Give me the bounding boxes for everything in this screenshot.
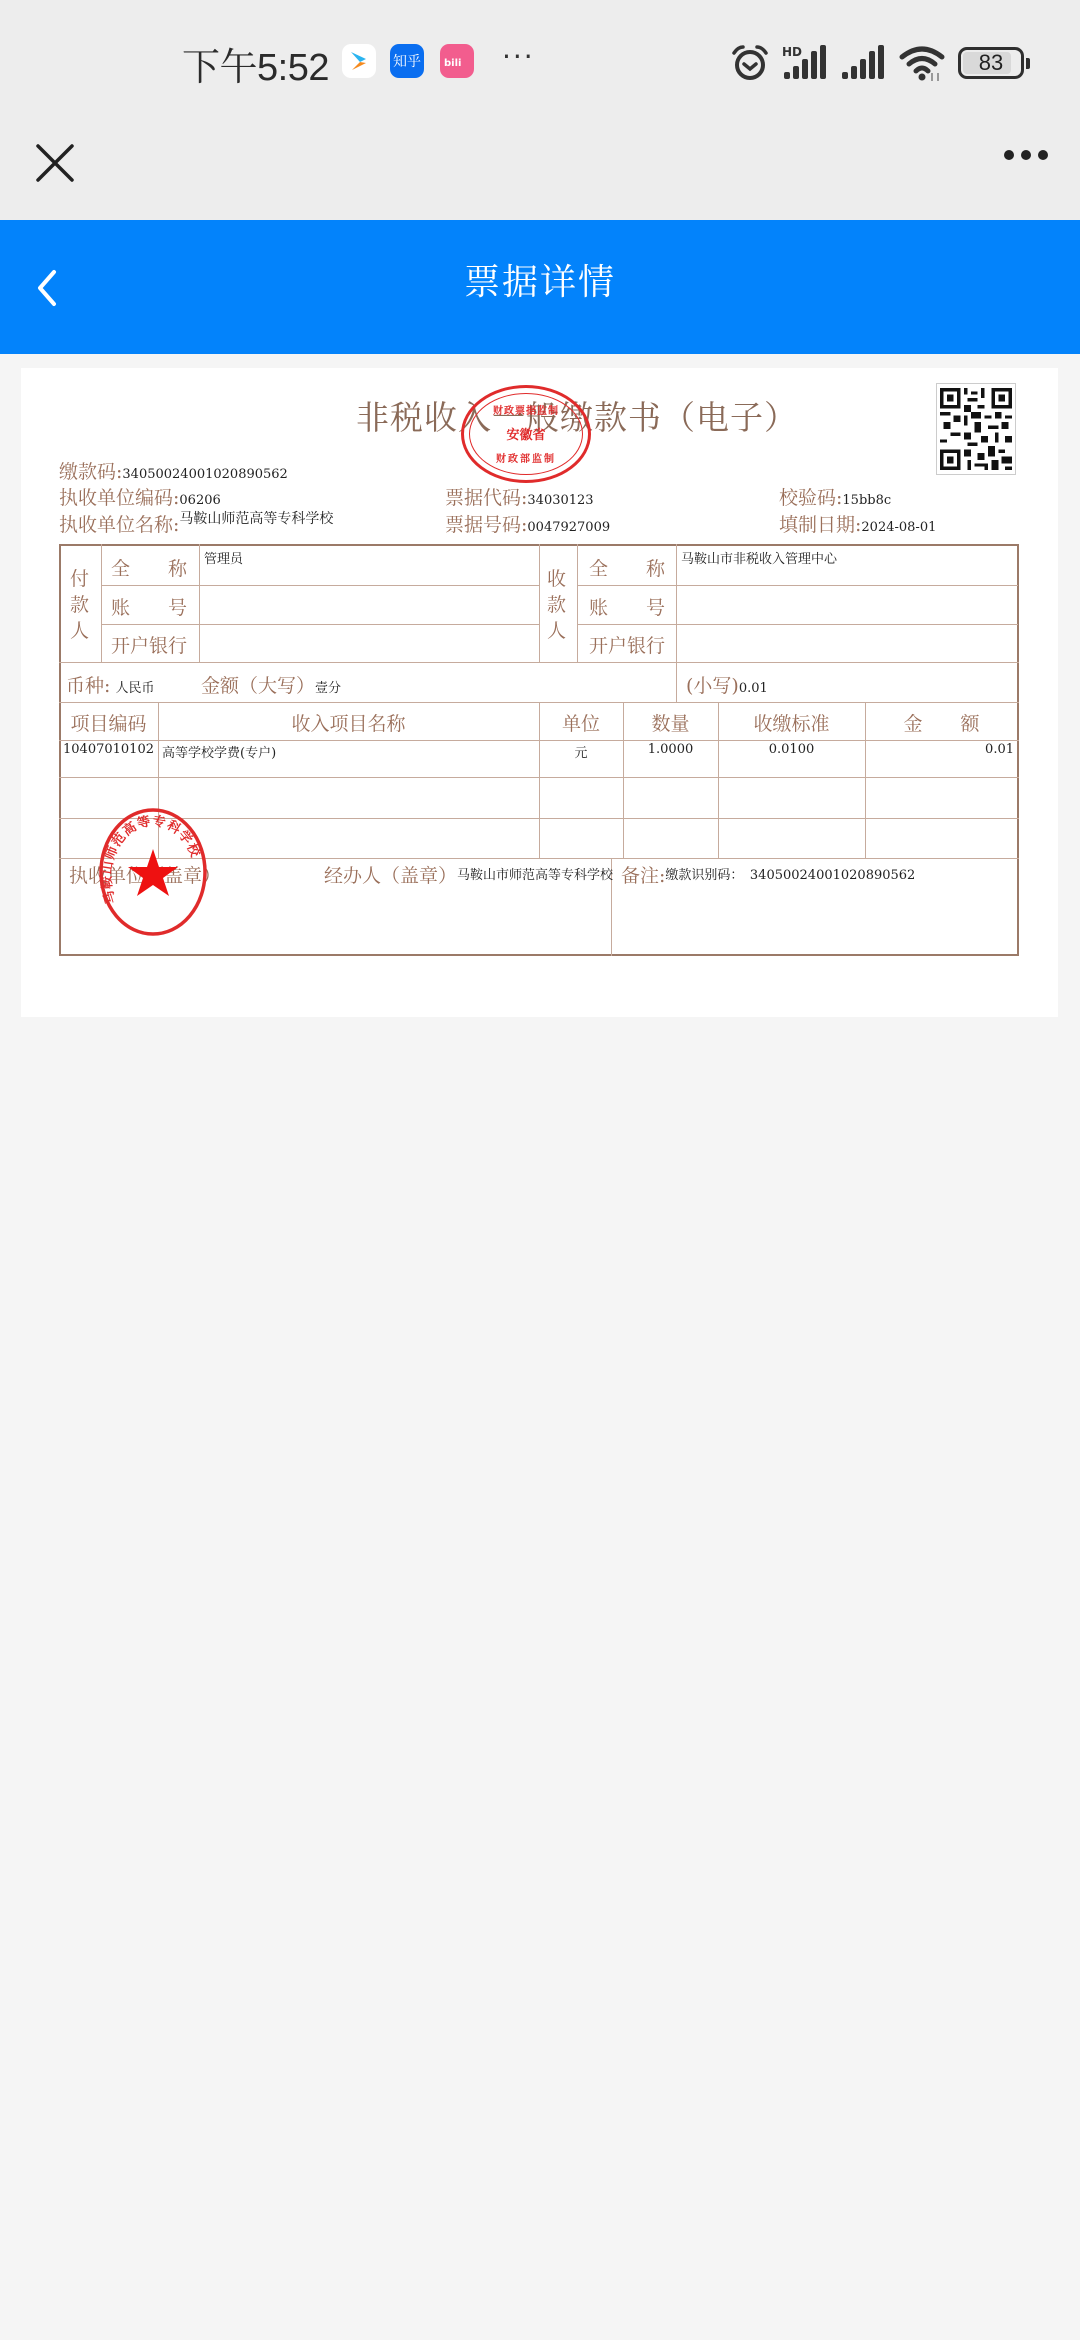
items-cell: 高等学校学费(专户): [162, 742, 276, 761]
items-header-cell: 单位: [539, 709, 623, 736]
amount-upper-field: 金额（大写）壹分: [201, 671, 341, 698]
payee-bank-label: 开户银行: [589, 631, 665, 658]
items-cell: 0.0100: [718, 742, 865, 757]
fill-date-field: 填制日期:2024-08-01: [779, 510, 936, 537]
school-seal: 马鞍山师范高等专科学校: [98, 807, 208, 937]
payee-group-label: 收款人: [547, 566, 569, 644]
qr-code[interactable]: [936, 383, 1016, 475]
wifi-icon: [898, 43, 948, 83]
svg-text:HD: HD: [782, 45, 802, 59]
page-header: 票据详情: [0, 220, 1080, 354]
payer-bank-label: 开户银行: [111, 631, 187, 658]
payee-name-label: 全 称: [589, 554, 665, 581]
items-cell: 元: [539, 742, 623, 761]
check-code-field: 校验码:15bb8c: [779, 483, 891, 510]
signal-hd-icon: HD: [780, 43, 830, 83]
more-options-button[interactable]: [996, 140, 1056, 170]
collector-code-field: 执收单位编码:06206: [59, 483, 221, 510]
payer-account-label: 账 号: [111, 593, 187, 620]
battery-indicator: 83: [958, 47, 1024, 79]
collector-name-field: 执收单位名称:马鞍山师范高等专科学校: [59, 510, 333, 537]
alarm-icon: [730, 43, 770, 83]
battery-level: 83: [979, 50, 1003, 76]
zhihu-app-icon: 知乎: [390, 44, 424, 78]
receipt-card: 非税收入一般缴款书（电子） 财政票据监制 安徽省 财政部监制: [21, 368, 1058, 1017]
items-cell: 0.01: [865, 742, 1014, 757]
bilibili-app-icon: bili: [440, 44, 474, 78]
payee-name-value: 马鞍山市非税收入管理中心: [681, 548, 837, 567]
bill-number-field: 票据号码:0047927009: [445, 510, 610, 537]
items-header-cell: 项目编码: [59, 709, 158, 736]
close-icon: [30, 132, 80, 182]
amount-lower-field: (小写)0.01: [686, 671, 768, 698]
currency-field: 币种: 人民币: [66, 671, 155, 698]
payee-account-label: 账 号: [589, 593, 665, 620]
payment-code-field: 缴款码:340500240010208905​62: [59, 457, 288, 484]
items-header-cell: 收入项目名称: [158, 709, 539, 736]
payer-name-value: 管理员: [204, 548, 243, 567]
payer-group-label: 付款人: [70, 566, 92, 644]
handler-field: 经办人（盖章）马鞍山市师范高等专科学校: [324, 861, 613, 888]
items-header-cell: 收缴标准: [718, 709, 865, 736]
youku-app-icon: [342, 44, 376, 78]
finance-seal: 财政票据监制 安徽省 财政部监制: [461, 385, 591, 483]
items-cell: 10407010102: [63, 742, 154, 757]
status-bar: 下午5:52 知乎 bili ··· HD: [0, 0, 1080, 120]
page-title: 票据详情: [0, 254, 1080, 305]
remark-field: 备注:缴款识别码： 340500240010208905​62: [621, 861, 915, 888]
notification-overflow-icon: ···: [502, 40, 535, 73]
qr-code-icon: [940, 387, 1012, 471]
items-cell: 1.0000: [623, 742, 718, 757]
status-time: 下午5:52: [182, 36, 329, 91]
bill-code-field: 票据代码:34030123: [445, 483, 594, 510]
more-dots-icon: [1004, 150, 1014, 160]
close-button[interactable]: [30, 132, 80, 182]
payer-name-label: 全 称: [111, 554, 187, 581]
items-header-cell: 数量: [623, 709, 718, 736]
signal-icon: [840, 43, 888, 83]
items-header-cell: 金 额: [865, 709, 1018, 736]
receipt-document: 非税收入一般缴款书（电子） 财政票据监制 安徽省 财政部监制: [21, 368, 1058, 1017]
svg-text:bili: bili: [444, 58, 461, 69]
browser-top-bar: [0, 120, 1080, 220]
